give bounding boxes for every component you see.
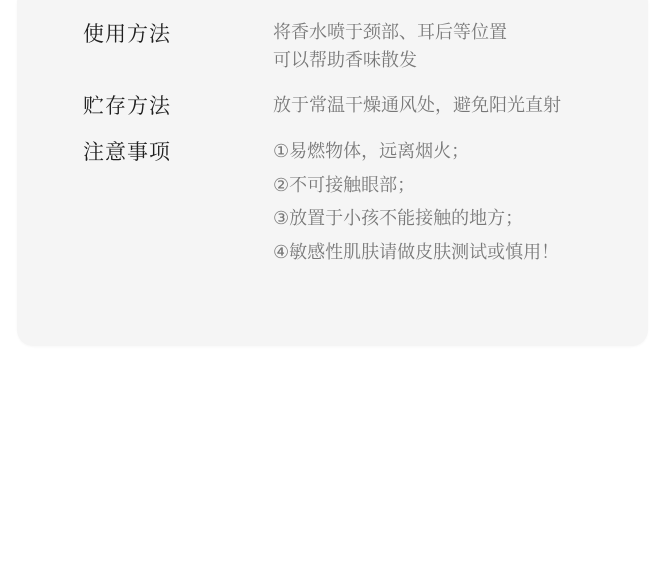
usage-label: 使用方法 (83, 21, 171, 47)
storage-value: 放于常温干燥通风处，避免阳光直射 (273, 92, 561, 120)
precautions-label: 注意事项 (83, 139, 171, 165)
precaution-item-2: ②不可接触眼部； (273, 172, 559, 206)
precaution-item-4: ④敏感性肌肤请做皮肤测试或慎用！ (273, 239, 559, 273)
storage-line-1: 放于常温干燥通风处，避免阳光直射 (273, 92, 561, 120)
precaution-item-1: ①易燃物体，远离烟火； (273, 138, 559, 172)
usage-value: 将香水喷于颈部、耳后等位置 可以帮助香味散发 (273, 19, 507, 75)
usage-line-1: 将香水喷于颈部、耳后等位置 (273, 19, 507, 47)
precautions-list: ①易燃物体，远离烟火； ②不可接触眼部； ③放置于小孩不能接触的地方； ④敏感性… (273, 138, 559, 272)
precaution-item-3: ③放置于小孩不能接触的地方； (273, 205, 559, 239)
product-info-card: 使用方法 将香水喷于颈部、耳后等位置 可以帮助香味散发 贮存方法 放于常温干燥通… (17, 0, 648, 346)
storage-label: 贮存方法 (83, 93, 171, 119)
usage-line-2: 可以帮助香味散发 (273, 47, 507, 75)
